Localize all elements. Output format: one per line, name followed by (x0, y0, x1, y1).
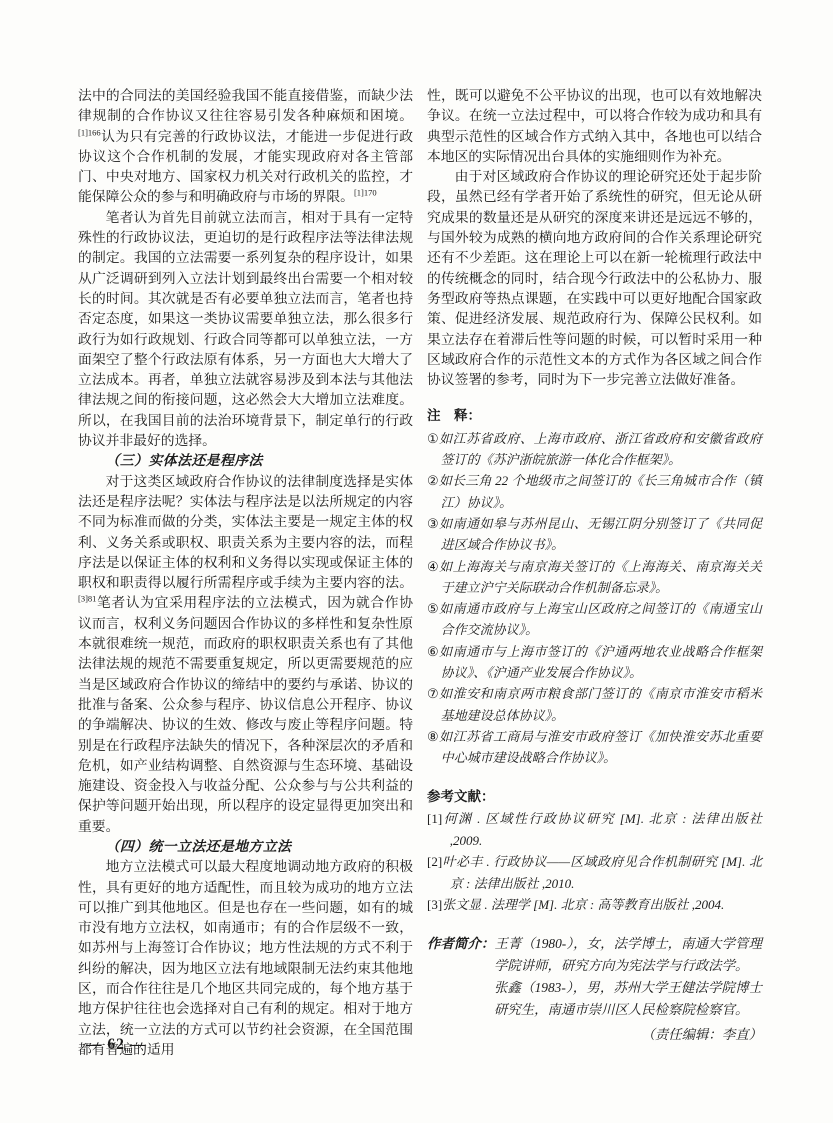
notes-heading: 注 释： (427, 405, 762, 426)
note-item: ⑦如淮安和南京两市粮食部门签订的《南京市淮安市稻米基地建设总体协议》。 (427, 683, 762, 726)
paragraph-text: 法中的合同法的美国经验我国不能直接借鉴，而缺少法律规制的合作协议又往往容易引发各… (78, 88, 413, 123)
reference-text: 张文显 . 法理学 [M]. 北京 : 高等教育出版社 ,2004. (442, 897, 724, 912)
paragraph-text: 笔者认为宜采用程序法的立法模式，因为就合作协议而言，权利义务问题因合作协议的多样… (78, 595, 413, 833)
note-marker: ② (427, 473, 439, 488)
reference-item: [3]张文显 . 法理学 [M]. 北京 : 高等教育出版社 ,2004. (427, 894, 762, 916)
paragraph-text: 对于这类区域政府合作协议的法律制度选择是实体法还是程序法呢？实体法与程序法是以法… (78, 474, 413, 590)
reference-marker: [2] (427, 854, 442, 869)
note-marker: ⑤ (427, 601, 439, 616)
reference-item: [2]叶必丰 . 行政协议——区域政府见合作机制研究 [M]. 北京 : 法律出… (427, 851, 762, 894)
left-column: 法中的合同法的美国经验我国不能直接借鉴，而缺少法律规制的合作协议又往往容易引发各… (78, 86, 413, 1060)
document-page: 法中的合同法的美国经验我国不能直接借鉴，而缺少法律规制的合作协议又往往容易引发各… (0, 0, 833, 1123)
note-text: 如江苏省工商局与淮安市政府签订《加快淮安苏北重要中心城市建设战略合作协议》。 (439, 729, 762, 765)
note-item: ⑥如南通市与上海市签订的《沪通两地农业战略合作框架协议》、《沪通产业发展合作协议… (427, 641, 762, 684)
section-heading: （三）实体法还是程序法 (78, 451, 413, 471)
author-bio-line: 张鑫（1983-），男，苏州大学王健法学院博士研究生，南通市崇川区人民检察院检察… (494, 977, 762, 1021)
citation-superscript: [3]81 (78, 594, 96, 604)
paragraph: 对于这类区域政府合作协议的法律制度选择是实体法还是程序法呢？实体法与程序法是以法… (78, 472, 413, 837)
note-item: ⑧如江苏省工商局与淮安市政府签订《加快淮安苏北重要中心城市建设战略合作协议》。 (427, 726, 762, 769)
paragraph: 法中的合同法的美国经验我国不能直接借鉴，而缺少法律规制的合作协议又往往容易引发各… (78, 86, 413, 208)
page-number: — 62 — (86, 1036, 146, 1054)
paragraph: 性，既可以避免不公平协议的出现，也可以有效地解决争议。在统一立法过程中，可以将合… (427, 86, 762, 167)
references-section: 参考文献： [1]何渊 . 区域性行政协议研究 [M]. 北京 : 法律出版社 … (427, 786, 762, 916)
note-text: 如南通市与上海市签订的《沪通两地农业战略合作框架协议》、《沪通产业发展合作协议》… (439, 644, 762, 680)
reference-marker: [3] (427, 897, 442, 912)
note-text: 如长三角 22 个地级市之间签订的《长三角城市合作（镇江）协议》。 (439, 473, 762, 509)
citation-superscript: [1]170 (354, 188, 377, 198)
notes-section: 注 释： ①如江苏省政府、上海市政府、浙江省政府和安徽省政府签订的《苏沪浙皖旅游… (427, 405, 762, 768)
author-bio-text: 王菁（1980-），女，法学博士，南通大学管理学院讲师，研究方向为宪法学与行政法… (494, 936, 762, 973)
note-marker: ① (427, 431, 439, 446)
author-bio-section: 作者简介：王菁（1980-），女，法学博士，南通大学管理学院讲师，研究方向为宪法… (427, 933, 762, 1046)
reference-marker: [1] (427, 811, 442, 826)
note-marker: ⑦ (427, 686, 439, 701)
note-item: ⑤如南通市政府与上海宝山区政府之间签订的《南通宝山合作交流协议》。 (427, 598, 762, 641)
section-heading: （四）统一立法还是地方立法 (78, 837, 413, 857)
note-item: ②如长三角 22 个地级市之间签订的《长三角城市合作（镇江）协议》。 (427, 470, 762, 513)
author-bio-label: 作者简介： (427, 936, 495, 951)
reference-item: [1]何渊 . 区域性行政协议研究 [M]. 北京 : 法律出版社 ,2009. (427, 808, 762, 851)
citation-superscript: [1]166 (78, 127, 101, 137)
note-text: 如江苏省政府、上海市政府、浙江省政府和安徽省政府签订的《苏沪浙皖旅游一体化合作框… (439, 431, 762, 467)
right-column: 性，既可以避免不公平协议的出现，也可以有效地解决争议。在统一立法过程中，可以将合… (427, 86, 762, 1060)
note-text: 如上海海关与南京海关签订的《上海海关、南京海关关于建立沪宁关际联动合作机制备忘录… (439, 559, 762, 595)
note-text: 如南通如皋与苏州昆山、无锡江阴分别签订了《共同促进区域合作协议书》。 (439, 516, 762, 552)
reference-text: 何渊 . 区域性行政协议研究 [M]. 北京 : 法律出版社 ,2009. (442, 811, 762, 848)
paragraph: 笔者认为首先目前就立法而言，相对于具有一定特殊性的行政协议法，更迫切的是行政程序… (78, 208, 413, 452)
note-marker: ④ (427, 559, 439, 574)
editor-credit: （责任编辑：李直） (427, 1024, 762, 1046)
two-column-layout: 法中的合同法的美国经验我国不能直接借鉴，而缺少法律规制的合作协议又往往容易引发各… (78, 86, 763, 1060)
note-text: 如淮安和南京两市粮食部门签订的《南京市淮安市稻米基地建设总体协议》。 (439, 686, 762, 722)
references-heading: 参考文献： (427, 786, 762, 808)
reference-text: 叶必丰 . 行政协议——区域政府见合作机制研究 [M]. 北京 : 法律出版社 … (442, 854, 762, 891)
note-marker: ③ (427, 516, 439, 531)
author-bio-line: 作者简介：王菁（1980-），女，法学博士，南通大学管理学院讲师，研究方向为宪法… (427, 933, 762, 977)
note-marker: ⑧ (427, 729, 439, 744)
note-marker: ⑥ (427, 644, 439, 659)
paragraph: 由于对区域政府合作协议的理论研究还处于起步阶段，虽然已经有学者开始了系统性的研究… (427, 167, 762, 390)
note-text: 如南通市政府与上海宝山区政府之间签订的《南通宝山合作交流协议》。 (439, 601, 762, 637)
note-item: ④如上海海关与南京海关签订的《上海海关、南京海关关于建立沪宁关际联动合作机制备忘… (427, 556, 762, 599)
paragraph: 地方立法模式可以最大程度地调动地方政府的积极性，具有更好的地方适配性，而且较为成… (78, 857, 413, 1060)
note-item: ①如江苏省政府、上海市政府、浙江省政府和安徽省政府签订的《苏沪浙皖旅游一体化合作… (427, 428, 762, 471)
note-item: ③如南通如皋与苏州昆山、无锡江阴分别签订了《共同促进区域合作协议书》。 (427, 513, 762, 556)
